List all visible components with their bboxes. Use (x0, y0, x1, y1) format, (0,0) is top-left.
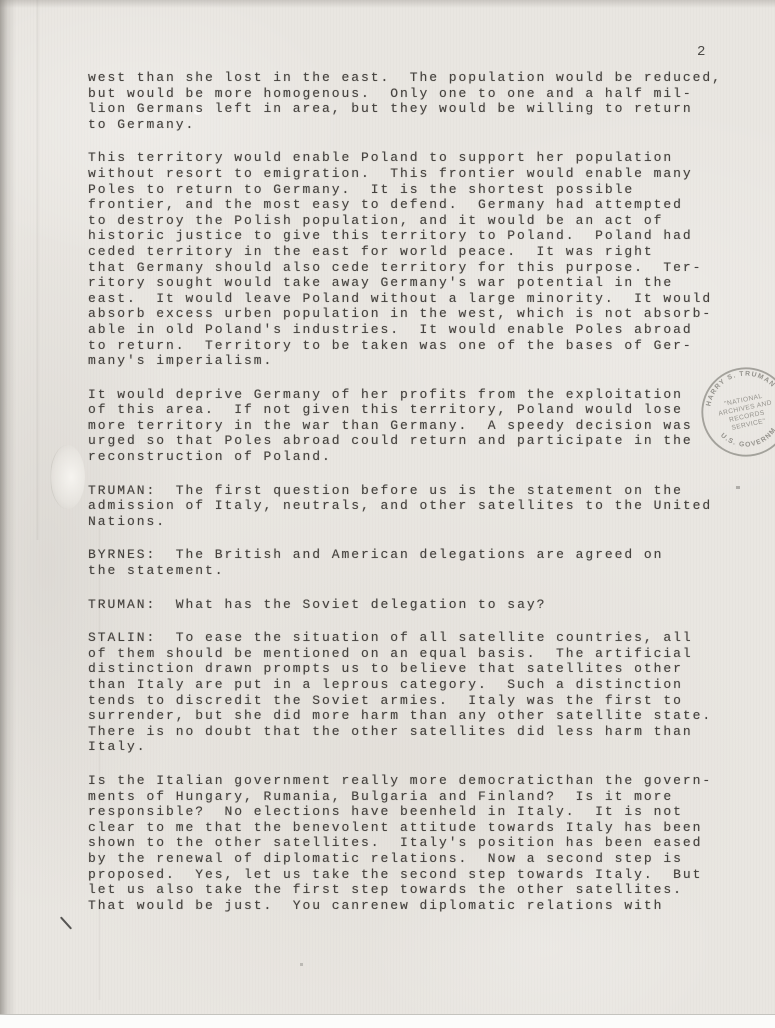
paragraph-text: The British and American delegations are… (88, 547, 663, 578)
scan-edge-shadow-left (0, 0, 16, 1016)
speaker-label: STALIN: (88, 630, 156, 645)
pencil-check-mark (60, 916, 72, 929)
paragraph-truman: TRUMAN: The first question before us is … (88, 483, 748, 530)
speaker-label: TRUMAN: (88, 597, 156, 612)
paragraph-truman: TRUMAN: What has the Soviet delegation t… (88, 597, 748, 613)
paragraph: It would deprive Germany of her profits … (88, 387, 748, 465)
scanned-document-page: 2 west than she lost in the east. The po… (0, 0, 775, 1028)
paragraph-text: What has the Soviet delegation to say? (156, 597, 546, 612)
paragraph: This territory would enable Poland to su… (88, 150, 748, 368)
paragraph-text: This territory would enable Poland to su… (88, 150, 712, 368)
paper-bottom-edge (0, 1014, 775, 1028)
paragraph-text: The first question before us is the stat… (88, 483, 712, 529)
paragraph-byrnes: BYRNES: The British and American delegat… (88, 547, 748, 578)
paper-speck (300, 963, 303, 966)
paragraph: west than she lost in the east. The popu… (88, 70, 748, 132)
paragraph-stalin: STALIN: To ease the situation of all sat… (88, 630, 748, 755)
paragraph: Is the Italian government really more de… (88, 773, 748, 913)
speaker-label: TRUMAN: (88, 483, 156, 498)
paragraph-text: Is the Italian government really more de… (88, 773, 712, 913)
typewritten-text-body: west than she lost in the east. The popu… (88, 0, 748, 931)
paper-crease (36, 0, 39, 540)
paragraph-text: To ease the situation of all satellite c… (88, 630, 712, 754)
paragraph-text: west than she lost in the east. The popu… (88, 70, 722, 132)
speaker-label: BYRNES: (88, 547, 156, 562)
paper-light-spot (50, 445, 85, 509)
paragraph-text: It would deprive Germany of her profits … (88, 387, 693, 464)
